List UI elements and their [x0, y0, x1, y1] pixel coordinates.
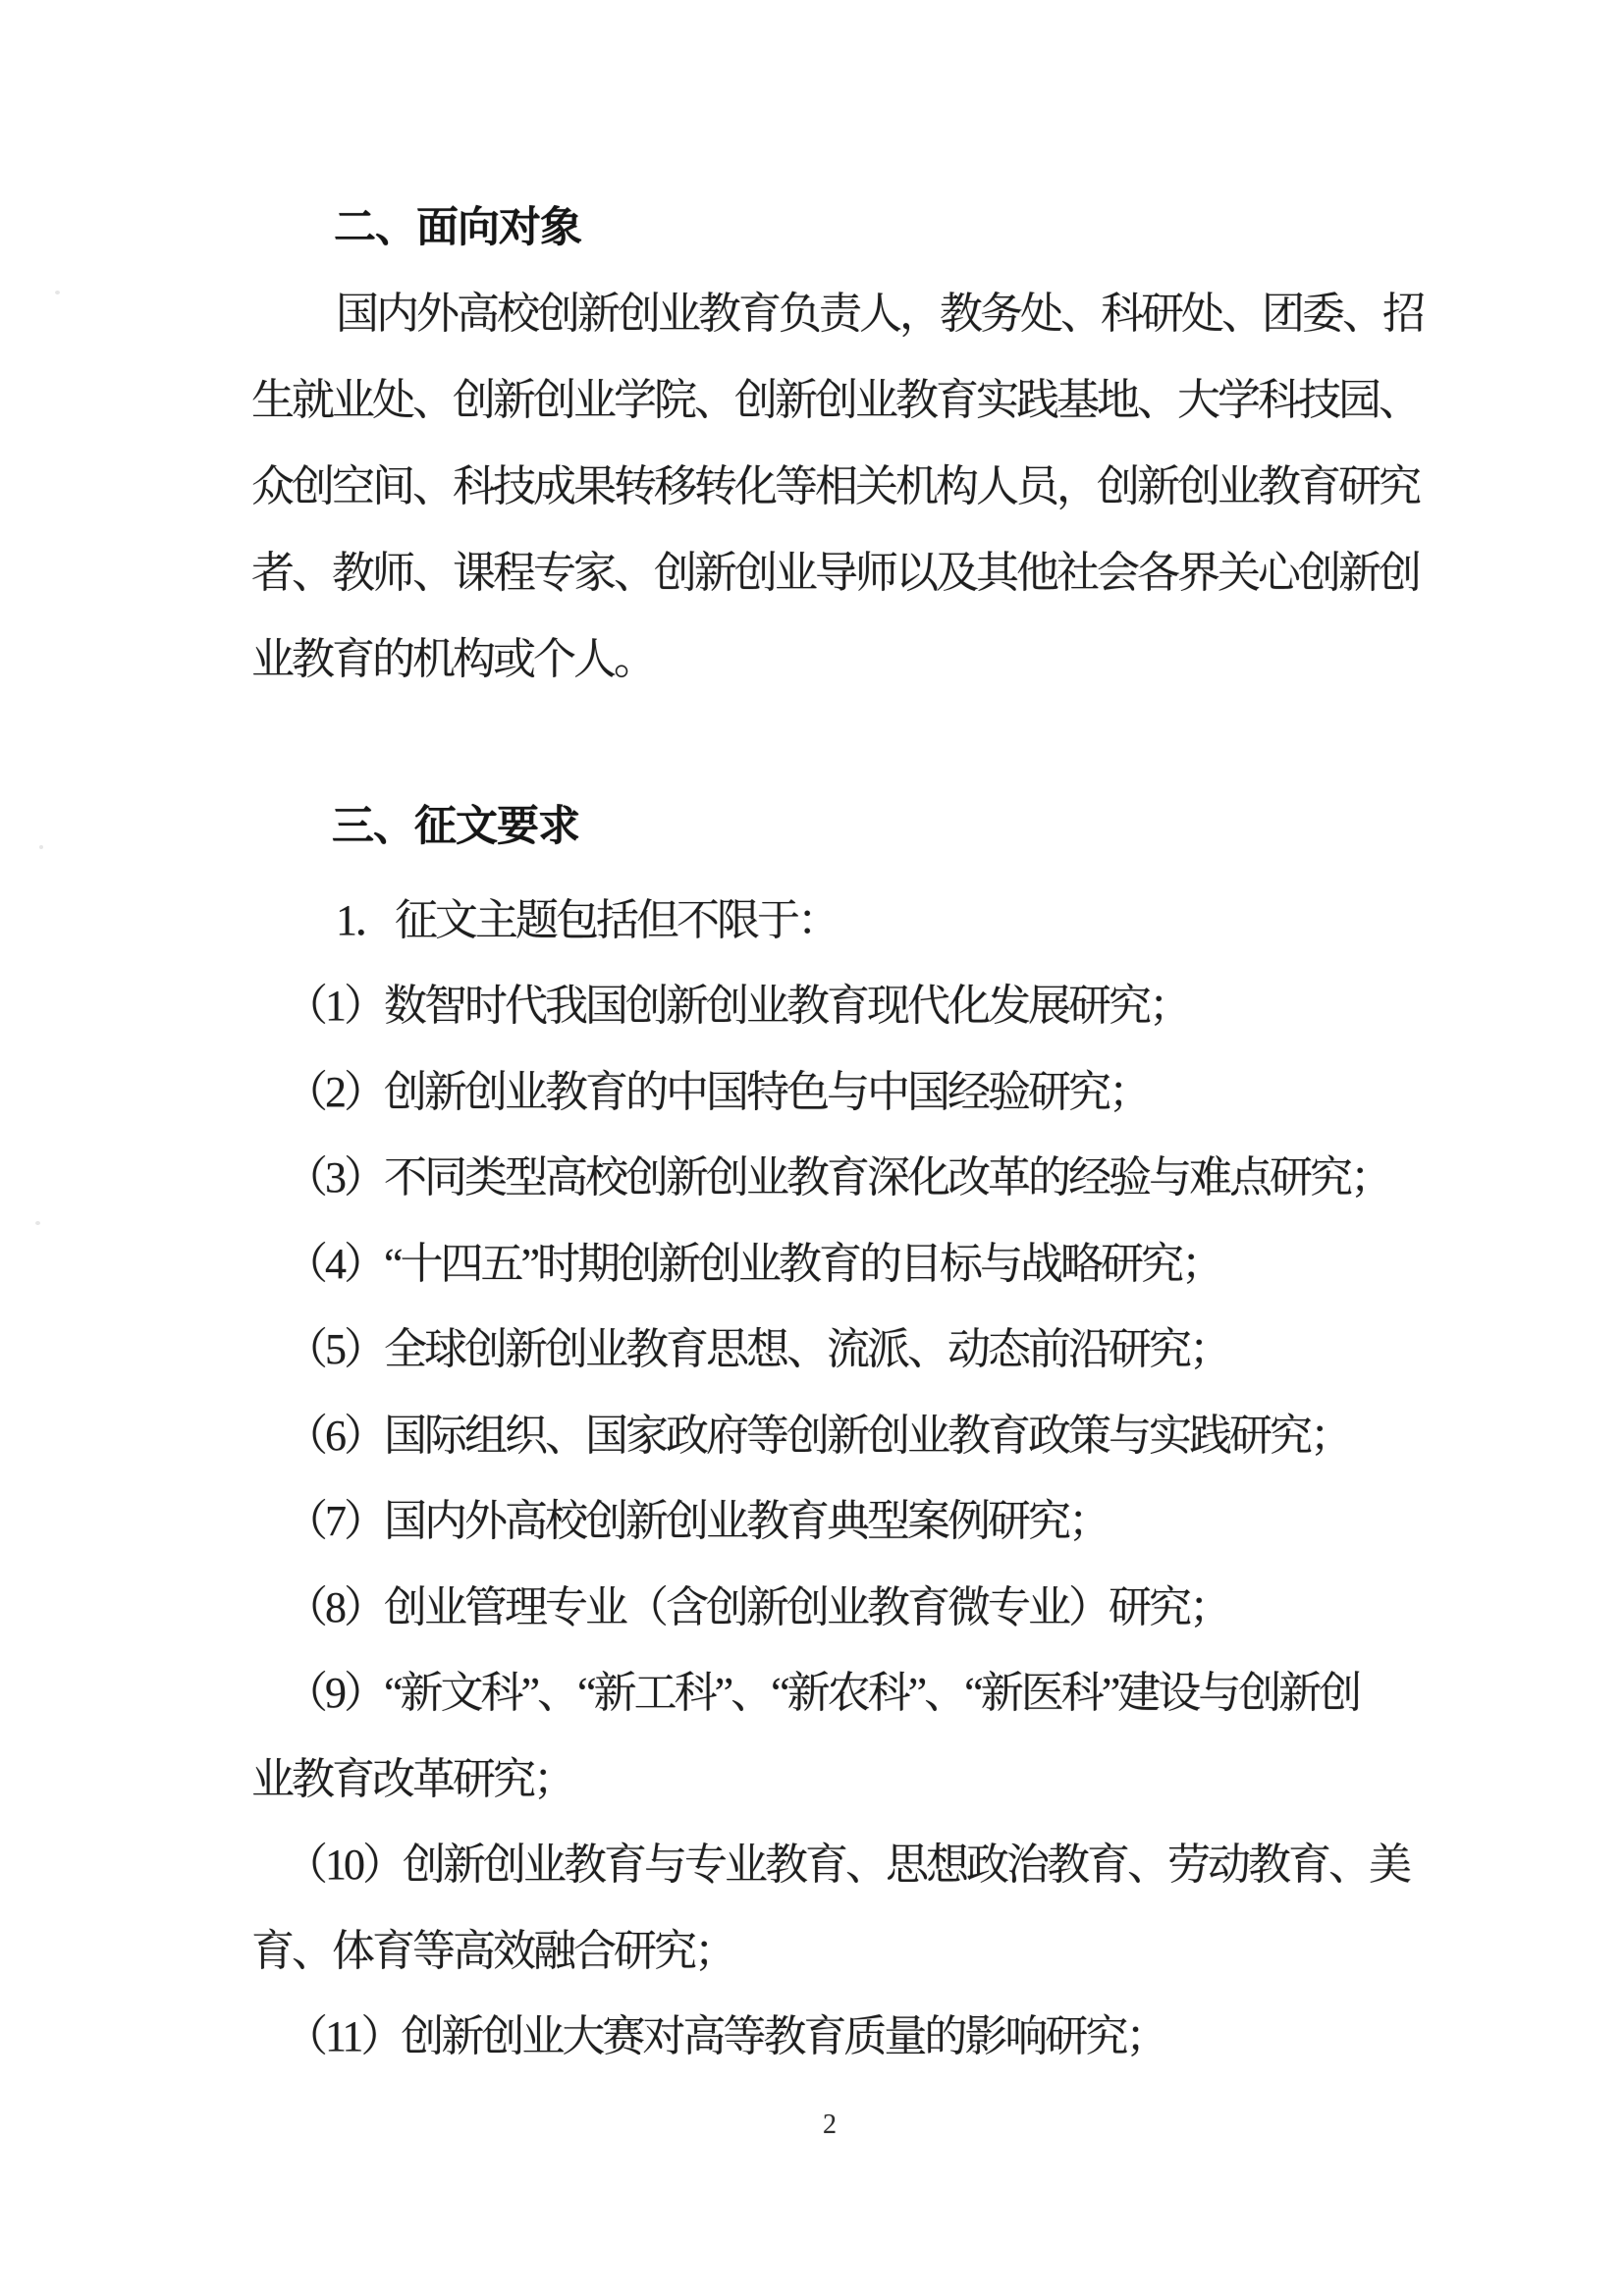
list-item-line: （3）不同类型高校创新创业教育深化改革的经验与难点研究；: [285, 1156, 1390, 1200]
paragraph-line: 众创空间、科技成果转移转化等相关机构人员，创新创业教育研究: [251, 465, 1419, 508]
list-item-continuation-line: 育、体育等高效融合研究；: [251, 1930, 734, 1973]
list-item-continuation-line: 业教育改革研究；: [251, 1758, 573, 1801]
list-item-line: （4）“十四五”时期创新创业教育的目标与战略研究；: [285, 1243, 1221, 1286]
list-item-line: （9）“新文科”、“新工科”、“新农科”、“新医科”建设与创新创: [285, 1672, 1359, 1715]
paragraph-line: 生就业处、创新创业学院、创新创业教育实践基地、大学科技园、: [251, 379, 1419, 422]
list-item-line: （7）国内外高校创新创业教育典型案例研究；: [285, 1500, 1109, 1543]
paragraph-line: 者、教师、课程专家、创新创业导师以及其他社会各界关心创新创: [251, 552, 1419, 595]
list-item-line: （8）创业管理专业（含创新创业教育微专业）研究；: [285, 1586, 1229, 1629]
list-item-line: （11）创新创业大赛对高等教育质量的影响研究；: [285, 2015, 1165, 2058]
list-item-line: （6）国际组织、国家政府等创新创业教育政策与实践研究；: [285, 1415, 1350, 1458]
list-item-line: （2）创新创业教育的中国特色与中国经验研究；: [285, 1071, 1149, 1114]
page-number: 2: [823, 2109, 837, 2141]
list-item-line: （5）全球创新创业教育思想、流派、动态前沿研究；: [285, 1328, 1229, 1371]
scan-speck: [39, 845, 43, 849]
paragraph-line: 国内外高校创新创业教育负责人，教务处、科研处、团委、招: [336, 293, 1423, 336]
scan-speck: [35, 1221, 40, 1225]
scanned-document-page: 二、面向对象 国内外高校创新创业教育负责人，教务处、科研处、团委、招 生就业处、…: [0, 0, 1624, 2296]
list-intro-line: 1．征文主题包括但不限于：: [336, 899, 838, 942]
section-heading-target-audience: 二、面向对象: [334, 207, 581, 249]
list-item-line: （10）创新创业教育与专业教育、思想政治教育、劳动教育、美: [285, 1843, 1409, 1887]
section-heading-submission-requirements: 三、征文要求: [332, 806, 579, 848]
list-item-line: （1）数智时代我国创新创业教育现代化发展研究；: [285, 985, 1189, 1028]
scan-speck: [55, 291, 60, 294]
paragraph-line: 业教育的机构或个人。: [251, 638, 654, 681]
